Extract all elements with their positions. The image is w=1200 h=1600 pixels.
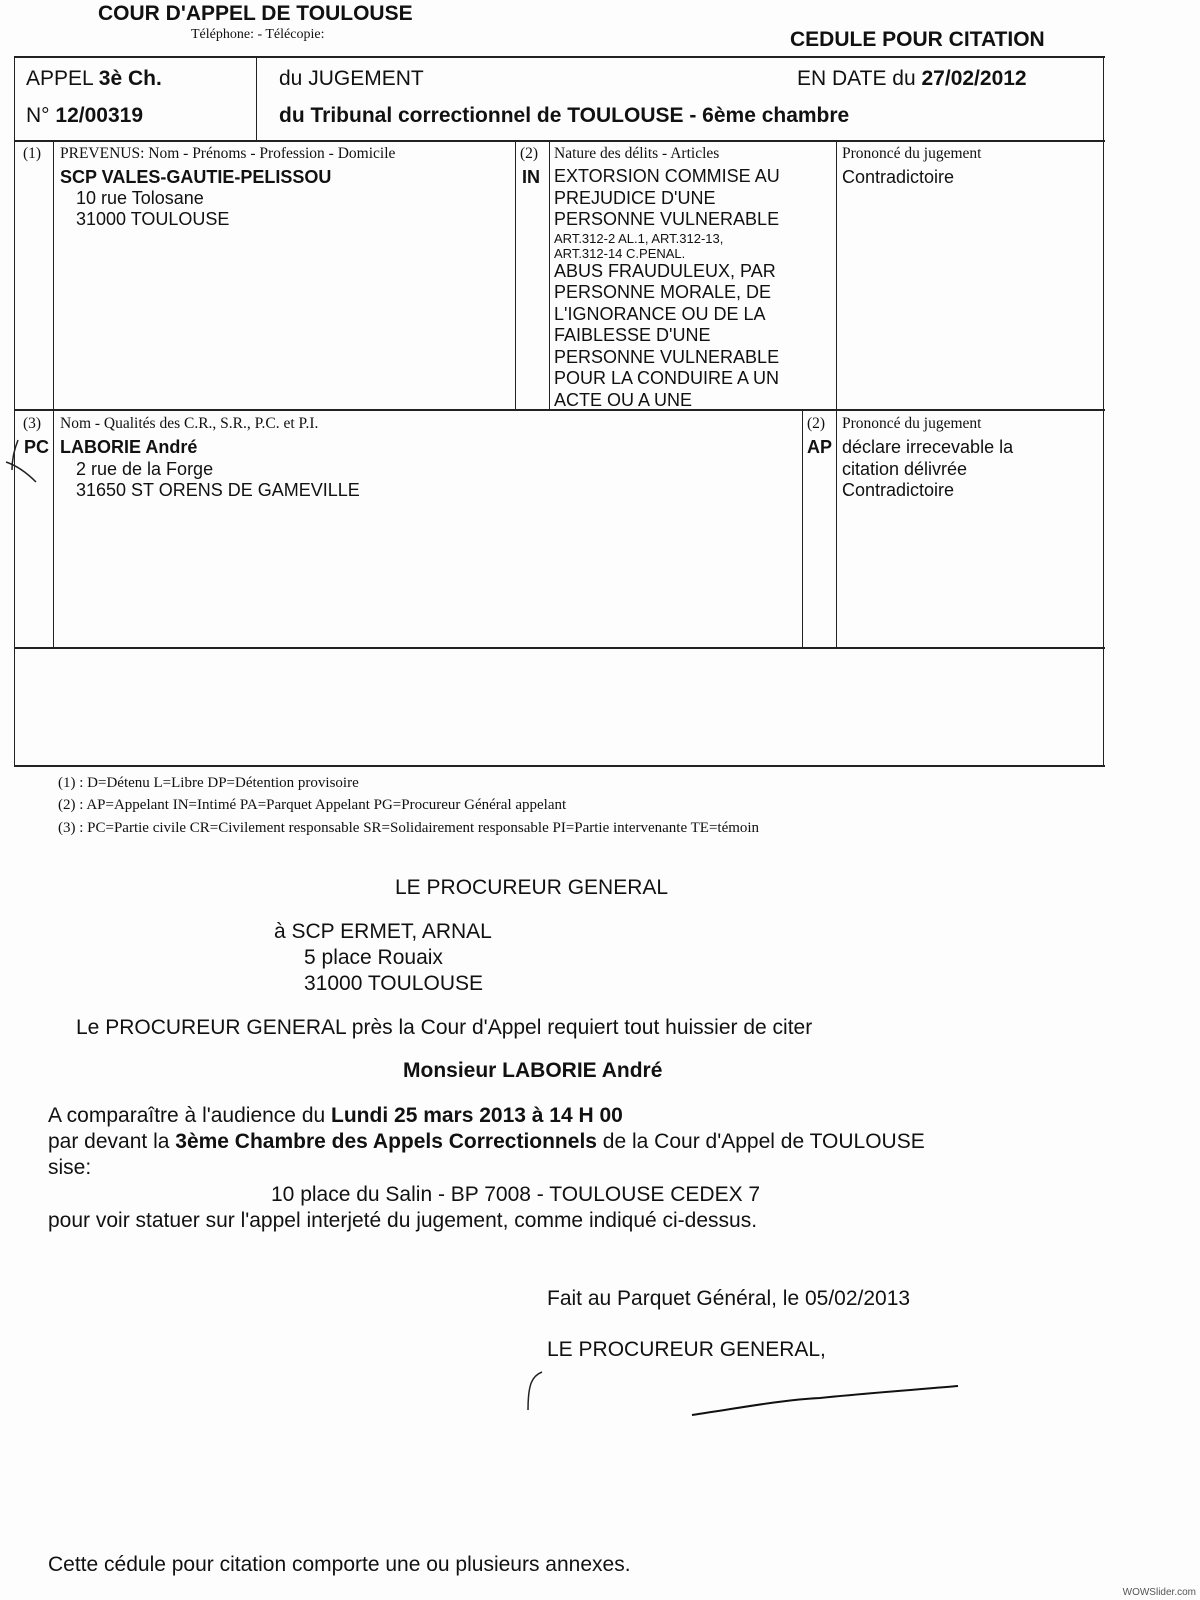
sise-label: sise:: [48, 1156, 91, 1180]
offence-line: PREJUDICE D'UNE: [554, 188, 834, 210]
legend-line: (3) : PC=Partie civile CR=Civilement res…: [58, 820, 759, 837]
offence-line: PERSONNE VULNERABLE: [554, 209, 834, 231]
offence-line: ABUS FRAUDULEUX, PAR: [554, 261, 834, 283]
offence-line: ART.312-2 AL.1, ART.312-13,: [554, 231, 834, 246]
table-divider: [802, 409, 803, 648]
case-number: N° 12/00319: [26, 104, 143, 128]
cited-person: Monsieur LABORIE André: [403, 1059, 662, 1083]
offence-line: PERSONNE VULNERABLE: [554, 347, 834, 369]
nature-header: Nature des délits - Articles: [554, 145, 719, 163]
recipient-address-street: 5 place Rouaix: [304, 946, 443, 970]
hearing-line: A comparaître à l'audience du Lundi 25 m…: [48, 1104, 623, 1128]
table-divider: [549, 140, 550, 410]
parties-ref: (3): [23, 415, 41, 433]
table-divider: [14, 140, 1105, 142]
recipient-address-city: 31000 TOULOUSE: [304, 972, 483, 996]
party-judgment-line: citation délivrée: [842, 459, 967, 480]
signatory: LE PROCUREUR GENERAL,: [547, 1338, 826, 1362]
prevenu-name: SCP VALES-GAUTIE-PELISSOU: [60, 167, 331, 188]
table-divider: [53, 140, 54, 648]
parties-header: Nom - Qualités des C.R., S.R., P.C. et P…: [60, 415, 318, 433]
judgment-label: du JUGEMENT: [279, 67, 424, 91]
table-border-right: [1103, 56, 1104, 767]
party-code: AP: [807, 437, 832, 458]
table-border-left: [14, 56, 15, 767]
prevenus-header: PREVENUS: Nom - Prénoms - Profession - D…: [60, 145, 395, 163]
table-divider: [836, 140, 837, 648]
hearing-datetime: Lundi 25 mars 2013 à 14 H 00: [331, 1104, 623, 1127]
table-divider: [256, 56, 257, 141]
offence-line: EXTORSION COMMISE AU: [554, 166, 834, 188]
judgment-value: Contradictoire: [842, 167, 954, 188]
venue-address: 10 place du Salin - BP 7008 - TOULOUSE C…: [271, 1183, 760, 1207]
judgment-header: Prononcé du jugement: [842, 145, 981, 163]
offence-line: PERSONNE MORALE, DE: [554, 282, 834, 304]
party-judgment-line: déclare irrecevable la: [842, 437, 1013, 458]
issuer-heading: LE PROCUREUR GENERAL: [395, 876, 668, 900]
chamber-line: par devant la 3ème Chambre des Appels Co…: [48, 1130, 925, 1154]
legend-line: (1) : D=Détenu L=Libre DP=Détention prov…: [58, 775, 359, 792]
place-date: Fait au Parquet Général, le 05/02/2013: [547, 1287, 910, 1311]
offence-line: L'IGNORANCE OU DE LA: [554, 304, 834, 326]
court-name: COUR D'APPEL DE TOULOUSE: [98, 2, 413, 26]
offence-list: EXTORSION COMMISE AUPREJUDICE D'UNEPERSO…: [554, 166, 834, 410]
party-judgment-line: Contradictoire: [842, 480, 954, 501]
prevenu-address-city: 31000 TOULOUSE: [76, 209, 229, 230]
prevenus-ref: (1): [23, 145, 41, 163]
signature-icon: [520, 1360, 980, 1430]
prevenu-address-street: 10 rue Tolosane: [76, 188, 204, 209]
table-divider: [515, 140, 516, 410]
annex-note: Cette cédule pour citation comporte une …: [48, 1553, 631, 1577]
recipient-name: à SCP ERMET, ARNAL: [274, 920, 492, 944]
party-address-street: 2 rue de la Forge: [76, 459, 213, 480]
chamber-name: 3ème Chambre des Appels Correctionnels: [175, 1130, 597, 1153]
offence-line: ART.312-14 C.PENAL.: [554, 246, 834, 261]
party-code-ref: (2): [807, 415, 825, 433]
table-divider: [14, 647, 1105, 649]
party-judgment-header: Prononcé du jugement: [842, 415, 981, 433]
court-contact: Téléphone: - Télécopie:: [191, 27, 324, 43]
handwritten-mark-icon: [4, 436, 44, 486]
purpose-text: pour voir statuer sur l'appel interjeté …: [48, 1209, 757, 1233]
offence-line: ACTE OU A UNE: [554, 390, 834, 411]
offence-line: FAIBLESSE D'UNE: [554, 325, 834, 347]
appeal-chamber: APPEL 3è Ch.: [26, 67, 162, 91]
judgment-date: EN DATE du 27/02/2012: [797, 67, 1027, 91]
table-border-bottom: [14, 765, 1105, 767]
tribunal-name: du Tribunal correctionnel de TOULOUSE - …: [279, 104, 849, 128]
watermark: WOWSlider.com: [1123, 1587, 1196, 1598]
party-address-city: 31650 ST ORENS DE GAMEVILLE: [76, 480, 360, 501]
prevenu-code: IN: [522, 167, 540, 188]
request-text: Le PROCUREUR GENERAL près la Cour d'Appe…: [76, 1016, 812, 1040]
table-border-top: [14, 56, 1105, 58]
offence-line: POUR LA CONDUIRE A UN: [554, 368, 834, 390]
document-title: CEDULE POUR CITATION: [790, 28, 1045, 52]
prevenu-code-ref: (2): [520, 145, 538, 163]
legend-line: (2) : AP=Appelant IN=Intimé PA=Parquet A…: [58, 797, 566, 814]
party-name: LABORIE André: [60, 437, 197, 458]
